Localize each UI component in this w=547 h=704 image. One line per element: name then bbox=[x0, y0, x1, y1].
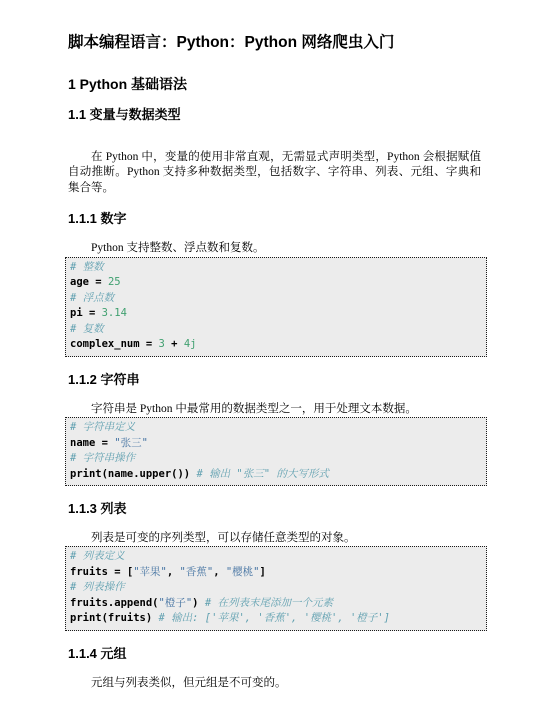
code-token: # 字符串操作 bbox=[70, 452, 135, 464]
code-token: age = bbox=[70, 276, 108, 288]
heading-tuples: 1.1.4 元组 bbox=[68, 647, 481, 661]
code-token: ) bbox=[192, 597, 205, 609]
heading-strings: 1.1.2 字符串 bbox=[68, 373, 481, 387]
code-line: pi = 3.14 bbox=[70, 306, 482, 322]
code-line: age = 25 bbox=[70, 275, 482, 291]
subsection-heading-variables-datatypes: 1.1 变量与数据类型 bbox=[68, 107, 481, 122]
code-line: complex_num = 3 + 4j bbox=[70, 337, 482, 353]
code-token: # 列表定义 bbox=[70, 550, 125, 562]
code-line: name = "张三" bbox=[70, 436, 482, 452]
lists-paragraph: 列表是可变的序列类型，可以存储任意类型的对象。 bbox=[68, 531, 481, 546]
heading-numbers: 1.1.1 数字 bbox=[68, 212, 481, 226]
code-token: # 字符串定义 bbox=[70, 421, 135, 433]
code-block-strings: # 字符串定义name = "张三"# 字符串操作print(name.uppe… bbox=[65, 417, 487, 486]
code-token: pi = bbox=[70, 307, 102, 319]
subsection-lists: 1.1.3 列表 列表是可变的序列类型，可以存储任意类型的对象。 # 列表定义f… bbox=[68, 502, 481, 631]
code-token: "苹果" bbox=[133, 566, 167, 578]
code-line: # 字符串操作 bbox=[70, 451, 482, 467]
code-token: # 输出 "张三" 的大写形式 bbox=[196, 468, 328, 480]
code-token: # 在列表末尾添加一个元素 bbox=[205, 597, 333, 609]
strings-paragraph: 字符串是 Python 中最常用的数据类型之一，用于处理文本数据。 bbox=[68, 402, 481, 417]
code-token: 4j bbox=[184, 338, 197, 350]
section-heading-python-basics: 1 Python 基础语法 bbox=[68, 77, 481, 92]
code-token: # 输出: ['苹果', '香蕉', '樱桃', '橙子'] bbox=[159, 612, 390, 624]
code-line: fruits = ["苹果", "香蕉", "樱桃"] bbox=[70, 565, 482, 581]
tuples-paragraph: 元组与列表类似，但元组是不可变的。 bbox=[68, 676, 481, 691]
subsection-tuples: 1.1.4 元组 元组与列表类似，但元组是不可变的。 bbox=[68, 647, 481, 691]
code-block-numbers: # 整数age = 25# 浮点数pi = 3.14# 复数complex_nu… bbox=[65, 257, 487, 357]
document-title: 脚本编程语言：Python：Python 网络爬虫入门 bbox=[68, 34, 481, 51]
code-token: # 复数 bbox=[70, 323, 104, 335]
subsection-strings: 1.1.2 字符串 字符串是 Python 中最常用的数据类型之一，用于处理文本… bbox=[68, 373, 481, 486]
code-line: # 复数 bbox=[70, 322, 482, 338]
code-token: + bbox=[165, 338, 184, 350]
code-token: "张三" bbox=[114, 437, 148, 449]
code-token: print(name.upper()) bbox=[70, 468, 196, 480]
code-line: # 浮点数 bbox=[70, 291, 482, 307]
numbers-paragraph: Python 支持整数、浮点数和复数。 bbox=[68, 241, 481, 256]
intro-paragraph: 在 Python 中，变量的使用非常直观，无需显式声明类型，Python 会根据… bbox=[68, 150, 481, 196]
code-line: print(name.upper()) # 输出 "张三" 的大写形式 bbox=[70, 467, 482, 483]
code-token: 25 bbox=[108, 276, 121, 288]
code-line: print(fruits) # 输出: ['苹果', '香蕉', '樱桃', '… bbox=[70, 611, 482, 627]
code-token: name = bbox=[70, 437, 114, 449]
code-line: fruits.append("橙子") # 在列表末尾添加一个元素 bbox=[70, 596, 482, 612]
code-token: "香蕉" bbox=[180, 566, 214, 578]
code-token: "橙子" bbox=[159, 597, 193, 609]
code-token: fruits.append( bbox=[70, 597, 159, 609]
code-token: , bbox=[167, 566, 180, 578]
document-page: 脚本编程语言：Python：Python 网络爬虫入门 1 Python 基础语… bbox=[0, 0, 547, 704]
code-line: # 列表定义 bbox=[70, 549, 482, 565]
subsection-numbers: 1.1.1 数字 Python 支持整数、浮点数和复数。 # 整数age = 2… bbox=[68, 212, 481, 356]
code-token: , bbox=[213, 566, 226, 578]
code-token: fruits = [ bbox=[70, 566, 133, 578]
code-token: "樱桃" bbox=[226, 566, 260, 578]
code-token: # 浮点数 bbox=[70, 292, 114, 304]
code-token: # 整数 bbox=[70, 261, 104, 273]
code-token: print(fruits) bbox=[70, 612, 159, 624]
code-block-lists: # 列表定义fruits = ["苹果", "香蕉", "樱桃"]# 列表操作f… bbox=[65, 546, 487, 631]
code-token: 3.14 bbox=[102, 307, 127, 319]
code-token: complex_num = bbox=[70, 338, 159, 350]
code-line: # 字符串定义 bbox=[70, 420, 482, 436]
code-line: # 列表操作 bbox=[70, 580, 482, 596]
code-token: # 列表操作 bbox=[70, 581, 125, 593]
heading-lists: 1.1.3 列表 bbox=[68, 502, 481, 516]
code-token: ] bbox=[260, 566, 266, 578]
code-line: # 整数 bbox=[70, 260, 482, 276]
